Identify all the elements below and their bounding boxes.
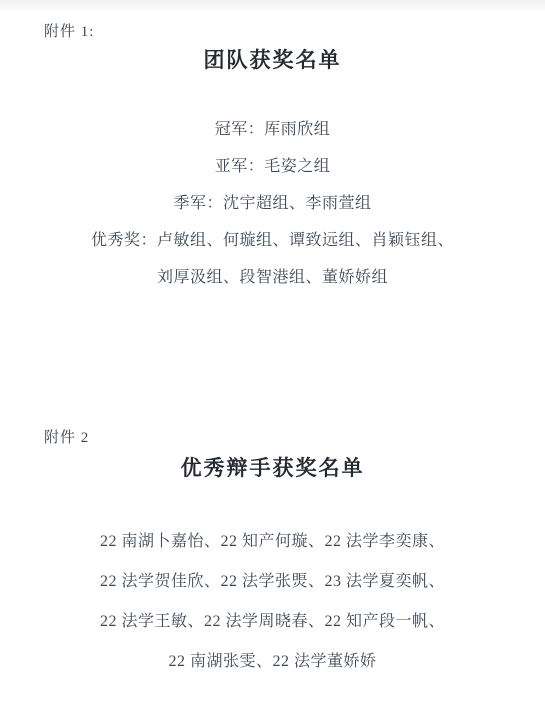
attachment1-label: 附件 1:	[44, 20, 94, 41]
attachment2-title: 优秀辩手获奖名单	[0, 452, 545, 482]
debater-line-2: 22 法学贺佳欣、22 法学张煚、23 法学夏奕帆、	[0, 562, 545, 602]
excellence-award-line-2: 刘厚汲组、段智港组、董娇娇组	[0, 259, 545, 296]
runner-up-line: 亚军：毛姿之组	[0, 148, 545, 185]
attachment2-debater-list: 22 南湖卜嘉怡、22 知产何璇、22 法学李奕康、 22 法学贺佳欣、22 法…	[0, 522, 545, 682]
excellence-award-line-1: 优秀奖：卢敏组、何璇组、谭致远组、肖颖钰组、	[0, 222, 545, 259]
third-place-line: 季军：沈宇超组、李雨萱组	[0, 185, 545, 222]
debater-line-3: 22 法学王敏、22 法学周晓春、22 知产段一帆、	[0, 602, 545, 642]
scan-shadow	[0, 0, 545, 14]
attachment2-label: 附件 2	[44, 426, 89, 447]
debater-line-1: 22 南湖卜嘉怡、22 知产何璇、22 法学李奕康、	[0, 522, 545, 562]
document-page: 附件 1: 团队获奖名单 冠军：厍雨欣组 亚军：毛姿之组 季军：沈宇超组、李雨萱…	[0, 0, 545, 707]
champion-line: 冠军：厍雨欣组	[0, 111, 545, 148]
attachment1-title: 团队获奖名单	[0, 44, 545, 74]
attachment1-award-list: 冠军：厍雨欣组 亚军：毛姿之组 季军：沈宇超组、李雨萱组 优秀奖：卢敏组、何璇组…	[0, 111, 545, 296]
debater-line-4: 22 南湖张雯、22 法学董娇娇	[0, 642, 545, 682]
